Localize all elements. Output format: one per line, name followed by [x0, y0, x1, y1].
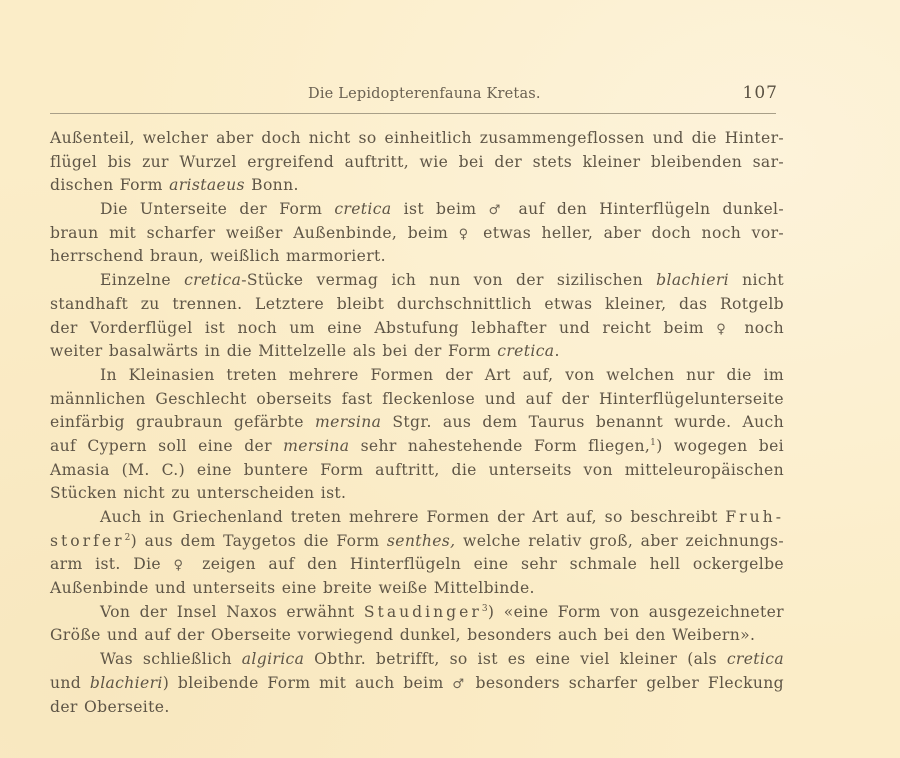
paragraph-start: In Kleinasien treten mehrere Formen der … — [50, 364, 784, 388]
taxon-name: senthes, — [387, 532, 456, 550]
text-line: der Vorderflügel ist noch um eine Abstuf… — [50, 317, 784, 341]
text-line: auf Cypern soll eine der mersina sehr na… — [50, 435, 784, 459]
text-line: dischen Form aristaeus Bonn. — [50, 174, 784, 198]
text-line: braun mit scharfer weißer Außenbinde, be… — [50, 222, 784, 246]
taxon-name: mersina — [283, 437, 349, 455]
book-page: Die Lepidopterenfauna Kretas. 107 Außent… — [0, 0, 900, 758]
female-symbol-icon: ♀ — [459, 227, 473, 242]
running-head: Die Lepidopterenfauna Kretas. 107 — [50, 86, 778, 106]
text-line: standhaft zu trennen. Letztere bleibt du… — [50, 293, 784, 317]
taxon-name: algirica — [242, 650, 305, 668]
taxon-name: mersina — [315, 413, 381, 431]
text-line: männlichen Geschlecht oberseits fast fle… — [50, 388, 784, 412]
taxon-name: cretica — [727, 650, 784, 668]
taxon-name: cretica — [497, 342, 554, 360]
taxon-name: aristaeus — [169, 176, 245, 194]
text-line: einfärbig graubraun gefärbte mersina Stg… — [50, 411, 784, 435]
male-symbol-icon: ♂ — [489, 203, 507, 218]
text-line: der Oberseite. — [50, 696, 784, 720]
taxon-name: blachieri — [656, 271, 729, 289]
body-text: Außenteil, welcher aber doch nicht so ei… — [50, 127, 784, 719]
text-line: storfer2) aus dem Taygetos die Form sent… — [50, 530, 784, 554]
text-line: Stücken nicht zu unterscheiden ist. — [50, 482, 784, 506]
female-symbol-icon: ♀ — [174, 558, 190, 573]
taxon-name: blachieri — [90, 674, 163, 692]
author-name: Staudinger — [364, 603, 482, 621]
taxon-name: cretica — [184, 271, 241, 289]
text-line: herrschend braun, weißlich marmoriert. — [50, 245, 784, 269]
author-name: Fruh- — [725, 508, 784, 526]
male-symbol-icon: ♂ — [452, 677, 466, 692]
text-line: und blachieri) bleibende Form mit auch b… — [50, 672, 784, 696]
paragraph-start: Die Unterseite der Form cretica ist beim… — [50, 198, 784, 222]
text-line: arm ist. Die ♀ zeigen auf den Hinterflüg… — [50, 553, 784, 577]
page-number: 107 — [743, 83, 778, 103]
taxon-name: cretica — [334, 200, 391, 218]
text-line: Amasia (M. C.) eine buntere Form auftrit… — [50, 459, 784, 483]
paragraph-start: Auch in Griechenland treten mehrere Form… — [50, 506, 784, 530]
female-symbol-icon: ♀ — [716, 322, 732, 337]
paragraph-start: Was schließlich algirica Obthr. betrifft… — [50, 648, 784, 672]
text-line: Außenteil, welcher aber doch nicht so ei… — [50, 127, 784, 151]
author-name: storfer — [50, 532, 125, 550]
paragraph-start: Einzelne cretica-Stücke vermag ich nun v… — [50, 269, 784, 293]
text-line: weiter basalwärts in die Mittelzelle als… — [50, 340, 784, 364]
text-line: Außenbinde und unterseits eine breite we… — [50, 577, 784, 601]
running-title: Die Lepidopterenfauna Kretas. — [308, 86, 541, 102]
text-line: Größe und auf der Oberseite vorwiegend d… — [50, 624, 784, 648]
header-rule — [50, 113, 776, 114]
text-line: flügel bis zur Wurzel ergreifend auftrit… — [50, 151, 784, 175]
paragraph-start: Von der Insel Naxos erwähnt Staudinger3)… — [50, 601, 784, 625]
